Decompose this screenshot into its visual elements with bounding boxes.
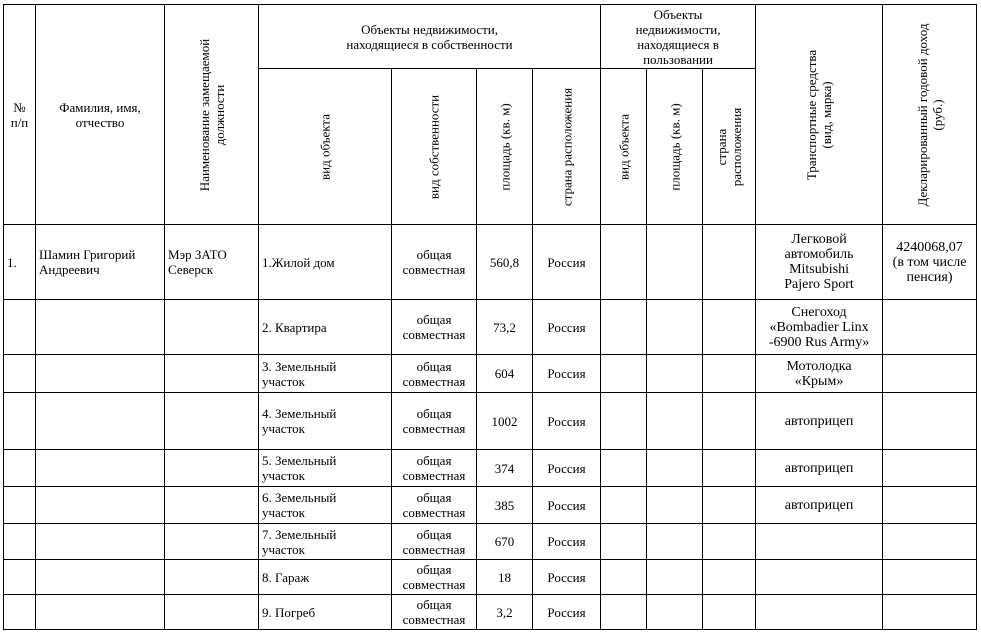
cell-area: 73,2 [477,300,533,355]
cell-used-object [601,560,647,595]
cell-ownership: общая совместная [392,524,477,560]
cell-area: 604 [477,355,533,393]
cell-object-type: 4. Земельный участок [259,393,392,450]
cell-area: 1002 [477,393,533,450]
cell-used-country [703,225,756,300]
header-owned-country: страна расположения [533,69,601,225]
header-used-area: площадь (кв. м) [647,69,703,225]
cell-used-country [703,393,756,450]
cell-object-type: 8. Гараж [259,560,392,595]
cell-fio [36,595,165,630]
cell-position [165,450,259,487]
cell-position [165,355,259,393]
header-used-group: Объекты недвижимости, находящиеся в поль… [601,5,756,69]
table-row: 5. Земельный участокобщая совместная374Р… [4,450,977,487]
cell-vehicle: Мотолодка «Крым» [756,355,883,393]
table-row: 3. Земельный участокобщая совместная604Р… [4,355,977,393]
cell-income [883,560,977,595]
cell-used-area [647,560,703,595]
header-position: Наименование замещаемой должности [165,5,259,225]
cell-object-type: 9. Погреб [259,595,392,630]
cell-num [4,355,36,393]
header-owned-group: Объекты недвижимости, находящиеся в собс… [259,5,601,69]
cell-used-object [601,225,647,300]
table-row: 8. Гаражобщая совместная18Россия [4,560,977,595]
cell-used-area [647,595,703,630]
cell-num [4,487,36,524]
cell-used-object [601,393,647,450]
cell-country: Россия [533,393,601,450]
cell-income [883,487,977,524]
cell-used-country [703,524,756,560]
cell-income [883,595,977,630]
cell-num [4,300,36,355]
header-used-country: страна расположения [703,69,756,225]
cell-ownership: общая совместная [392,450,477,487]
cell-fio: Шамин Григорий Андреевич [36,225,165,300]
header-income: Декларированный годовой доход (руб.) [883,5,977,225]
cell-object-type: 3. Земельный участок [259,355,392,393]
cell-country: Россия [533,355,601,393]
cell-position: Мэр ЗАТО Северск [165,225,259,300]
header-vehicles: Транспортные средства (вид, марка) [756,5,883,225]
header-owned-ownership: вид собственности [392,69,477,225]
cell-object-type: 7. Земельный участок [259,524,392,560]
cell-area: 385 [477,487,533,524]
cell-income [883,393,977,450]
cell-vehicle: автоприцеп [756,487,883,524]
cell-used-object [601,450,647,487]
cell-area: 374 [477,450,533,487]
cell-income: 4240068,07 (в том числе пенсия) [883,225,977,300]
cell-country: Россия [533,524,601,560]
cell-country: Россия [533,595,601,630]
cell-country: Россия [533,560,601,595]
cell-position [165,393,259,450]
cell-used-country [703,560,756,595]
cell-object-type: 6. Земельный участок [259,487,392,524]
cell-position [165,524,259,560]
cell-position [165,487,259,524]
declaration-table: № п/п Фамилия, имя, отчество Наименовани… [3,4,977,630]
cell-income [883,355,977,393]
cell-object-type: 1.Жилой дом [259,225,392,300]
cell-num [4,524,36,560]
cell-ownership: общая совместная [392,355,477,393]
cell-fio [36,560,165,595]
cell-vehicle: автоприцеп [756,450,883,487]
cell-vehicle [756,595,883,630]
cell-position [165,560,259,595]
cell-ownership: общая совместная [392,487,477,524]
cell-vehicle [756,560,883,595]
cell-fio [36,393,165,450]
cell-used-area [647,225,703,300]
cell-num [4,450,36,487]
cell-used-object [601,595,647,630]
cell-used-country [703,595,756,630]
cell-object-type: 2. Квартира [259,300,392,355]
header-num: № п/п [4,5,36,225]
table-row: 2. Квартираобщая совместная73,2РоссияСне… [4,300,977,355]
cell-country: Россия [533,487,601,524]
table-row: 9. Погребобщая совместная3,2Россия [4,595,977,630]
cell-country: Россия [533,225,601,300]
cell-fio [36,450,165,487]
cell-ownership: общая совместная [392,595,477,630]
cell-used-area [647,524,703,560]
cell-used-country [703,300,756,355]
cell-num [4,595,36,630]
cell-used-area [647,487,703,524]
cell-ownership: общая совместная [392,560,477,595]
cell-ownership: общая совместная [392,225,477,300]
cell-object-type: 5. Земельный участок [259,450,392,487]
cell-used-object [601,487,647,524]
cell-area: 3,2 [477,595,533,630]
cell-used-country [703,450,756,487]
table-row: 6. Земельный участокобщая совместная385Р… [4,487,977,524]
cell-vehicle [756,524,883,560]
header-fio: Фамилия, имя, отчество [36,5,165,225]
header-owned-object: вид объекта [259,69,392,225]
cell-used-area [647,355,703,393]
cell-vehicle: автоприцеп [756,393,883,450]
table-row: 1.Шамин Григорий АндреевичМэр ЗАТО Север… [4,225,977,300]
cell-vehicle: Снегоход «Bombadier Linx -6900 Rus Army» [756,300,883,355]
header-owned-area: площадь (кв. м) [477,69,533,225]
cell-used-country [703,355,756,393]
cell-used-object [601,300,647,355]
cell-fio [36,355,165,393]
cell-vehicle: Легковой автомобиль Mitsubishi Pajero Sp… [756,225,883,300]
cell-used-area [647,393,703,450]
cell-position [165,595,259,630]
cell-income [883,450,977,487]
cell-used-object [601,355,647,393]
cell-ownership: общая совместная [392,393,477,450]
cell-country: Россия [533,300,601,355]
cell-used-area [647,300,703,355]
cell-used-country [703,487,756,524]
cell-used-object [601,524,647,560]
cell-num [4,393,36,450]
cell-ownership: общая совместная [392,300,477,355]
cell-fio [36,300,165,355]
table-row: 7. Земельный участокобщая совместная670Р… [4,524,977,560]
cell-country: Россия [533,450,601,487]
cell-area: 670 [477,524,533,560]
cell-num: 1. [4,225,36,300]
cell-area: 18 [477,560,533,595]
cell-position [165,300,259,355]
cell-num [4,560,36,595]
cell-area: 560,8 [477,225,533,300]
table-row: 4. Земельный участокобщая совместная1002… [4,393,977,450]
cell-income [883,524,977,560]
cell-income [883,300,977,355]
cell-fio [36,524,165,560]
header-used-object: вид объекта [601,69,647,225]
cell-fio [36,487,165,524]
cell-used-area [647,450,703,487]
